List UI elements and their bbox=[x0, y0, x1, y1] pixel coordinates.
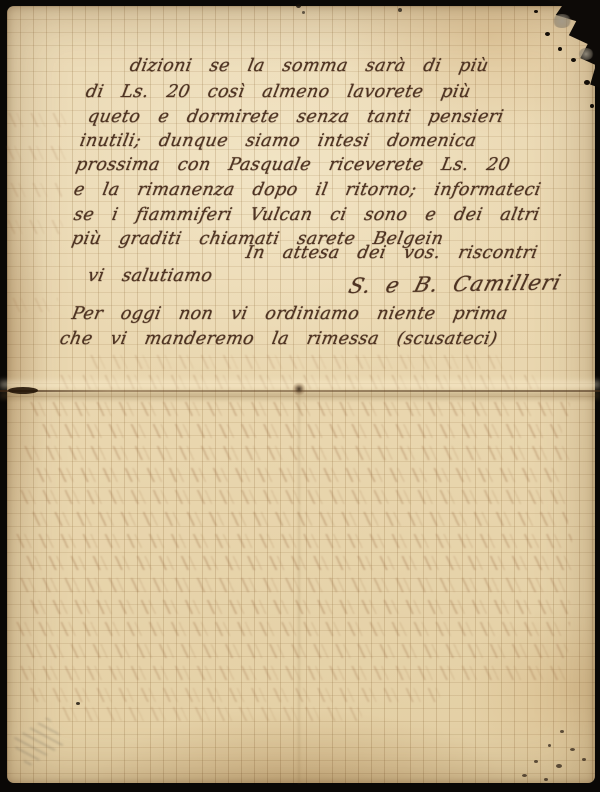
letter-line: prossima con Pasquale riceverete Ls. 20 bbox=[74, 155, 508, 175]
signature: S. e B. Camilleri bbox=[346, 274, 557, 298]
letter-line: se i fiammiferi Vulcan ci sono e dei alt… bbox=[72, 205, 537, 225]
ink-bleed-line bbox=[30, 688, 440, 702]
ink-bleed-mark bbox=[12, 298, 58, 312]
letter-line: Per oggi non vi ordiniamo niente prima bbox=[70, 304, 506, 324]
edge-speck bbox=[296, 4, 301, 8]
ink-bleed-line bbox=[62, 707, 362, 721]
ink-bleed-line bbox=[42, 424, 562, 438]
ink-stain-gray-patch bbox=[578, 48, 594, 60]
edge-grit bbox=[522, 774, 527, 777]
ink-bleed-line bbox=[90, 355, 510, 369]
edge-grit bbox=[570, 748, 575, 751]
ink-bleed-line bbox=[30, 402, 570, 416]
edge-grit bbox=[556, 764, 562, 768]
ink-bleed-line bbox=[36, 468, 566, 482]
ink-bleed-line bbox=[32, 512, 568, 526]
letter-line: inutili; dunque siamo intesi domenica bbox=[78, 131, 474, 151]
edge-speck bbox=[302, 11, 305, 14]
scanned-letter-page: dizioni se la somma sarà di più di Ls. 2… bbox=[0, 0, 600, 792]
ink-fleck bbox=[76, 702, 80, 705]
fold-ink-mark bbox=[8, 387, 38, 394]
vertical-fold-crease bbox=[298, 392, 300, 784]
ink-bleed-line bbox=[20, 490, 572, 504]
ink-speck bbox=[534, 10, 538, 13]
ink-bleed-line bbox=[20, 578, 570, 592]
letter-line: queto e dormirete senza tanti pensieri bbox=[86, 107, 502, 127]
edge-grit bbox=[544, 778, 548, 781]
letter-line: dizioni se la somma sarà di più bbox=[128, 56, 486, 76]
letter-line: che vi manderemo la rimessa (scusateci) bbox=[58, 329, 495, 349]
edge-grit bbox=[582, 758, 586, 761]
letter-line: In attesa dei vos. riscontri bbox=[244, 243, 536, 263]
ink-stain-gray-patch bbox=[552, 14, 572, 28]
edge-grit bbox=[560, 730, 564, 733]
ink-bleed-line bbox=[26, 644, 568, 658]
ink-bleed-mark bbox=[6, 146, 68, 160]
ink-bleed-line bbox=[16, 622, 570, 636]
ink-speck bbox=[545, 32, 550, 36]
edge-speck bbox=[398, 8, 402, 12]
letter-line: di Ls. 20 così almeno lavorete più bbox=[84, 82, 469, 102]
ink-speck bbox=[558, 47, 562, 51]
ink-bleed-line bbox=[20, 666, 566, 680]
letter-line: vi salutiamo bbox=[86, 266, 210, 286]
ink-bleed-line bbox=[16, 534, 572, 548]
ink-bleed-mark bbox=[10, 183, 62, 197]
ink-speck bbox=[584, 80, 590, 85]
ink-bleed-line bbox=[30, 600, 570, 614]
edge-grit bbox=[548, 744, 551, 747]
ink-bleed-mark bbox=[7, 220, 63, 234]
ink-speck bbox=[571, 58, 576, 62]
letter-line: e la rimanenza dopo il ritorno; informat… bbox=[72, 180, 539, 200]
edge-grit bbox=[534, 760, 538, 763]
ink-bleed-mark bbox=[8, 113, 66, 127]
ink-speck bbox=[590, 104, 594, 108]
